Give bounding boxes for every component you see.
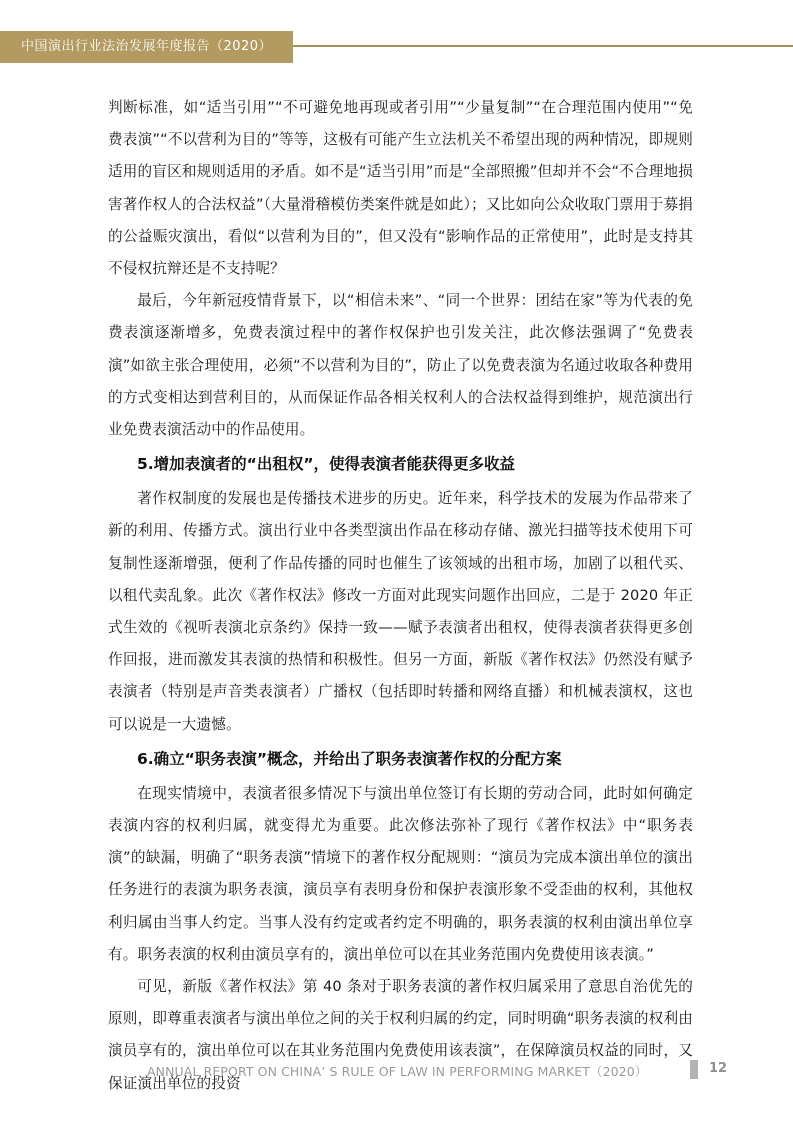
paragraph-rental-right: 著作权制度的发展也是传播技术进步的历史。近年来，科学技术的发展为作品带来了新的利…: [108, 483, 693, 741]
paragraph-free-performance: 最后，今年新冠疫情背景下，以“相信未来”、“同一个世界：团结在家”等为代表的免费…: [108, 285, 693, 446]
paragraph-work-performance: 在现实情境中，表演者很多情况下与演出单位签订有长期的劳动合同，此时如何确定表演内…: [108, 778, 693, 971]
paragraph-article-40: 可见，新版《著作权法》第 40 条对于职务表演的著作权归属采用了意思自治优先的原…: [108, 971, 693, 1100]
footer-running-title: ANNUAL REPORT ON CHINA’ S RULE OF LAW IN…: [147, 1062, 647, 1080]
page-number: 12: [709, 1061, 727, 1076]
footer-marker: [690, 1060, 698, 1079]
section-heading-6: 6.确立“职务表演”概念，并给出了职务表演著作权的分配方案: [108, 741, 693, 778]
header-divider: [293, 45, 793, 47]
report-header-title: 中国演出行业法治发展年度报告（2020）: [0, 31, 293, 63]
page-body: 判断标准，如“适当引用”“不可避免地再现或者引用”“少量复制”“在合理范围内使用…: [108, 92, 693, 1100]
section-heading-5: 5.增加表演者的“出租权”，使得表演者能获得更多收益: [108, 446, 693, 483]
paragraph-continued: 判断标准，如“适当引用”“不可避免地再现或者引用”“少量复制”“在合理范围内使用…: [108, 92, 693, 285]
